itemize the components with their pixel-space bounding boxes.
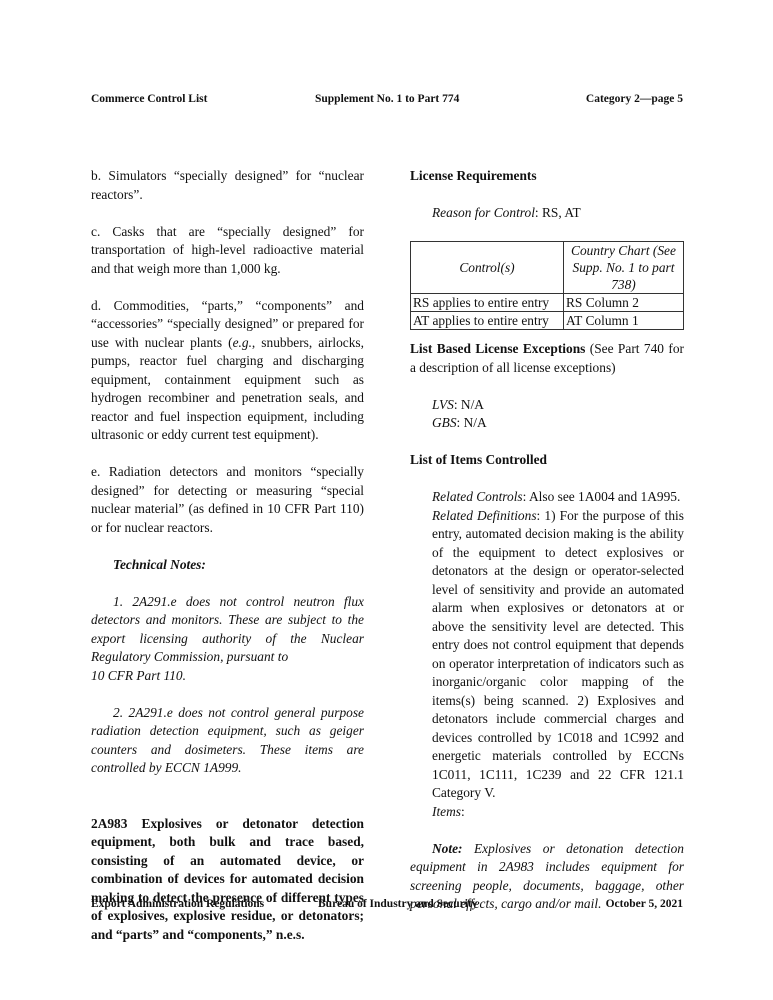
- table-header-row: Control(s) Country Chart (See Supp. No. …: [411, 242, 684, 294]
- items-controlled-title: List of Items Controlled: [410, 451, 684, 470]
- footer-left: Export Administration Regulations: [91, 898, 264, 910]
- items-line: Items:: [410, 803, 684, 822]
- table-row: AT applies to entire entry AT Column 1: [411, 312, 684, 330]
- header-center: Supplement No. 1 to Part 774: [315, 93, 459, 105]
- item-c: c. Casks that are “specially designed” f…: [91, 223, 364, 279]
- gbs-line: GBS: N/A: [410, 414, 684, 433]
- table-header-country-chart: Country Chart (See Supp. No. 1 to part 7…: [564, 242, 684, 294]
- header-left: Commerce Control List: [91, 93, 207, 105]
- left-column: b. Simulators “specially designed” for “…: [91, 167, 364, 944]
- reason-for-control: Reason for Control: RS, AT: [410, 204, 684, 223]
- item-d: d. Commodities, “parts,” “components” an…: [91, 297, 364, 445]
- eccn-2a983-heading: 2A983 Explosives or detonator detection …: [91, 815, 364, 945]
- related-definitions: Related Definitions: 1) For the purpose …: [410, 507, 684, 803]
- footer-center: Bureau of Industry and Security: [318, 898, 478, 910]
- lvs-line: LVS: N/A: [410, 396, 684, 415]
- technical-note-2: 2. 2A291.e does not control general purp…: [91, 704, 364, 778]
- license-requirements-title: License Requirements: [410, 167, 684, 186]
- technical-notes-title: Technical Notes:: [91, 556, 364, 575]
- item-b: b. Simulators “specially designed” for “…: [91, 167, 364, 204]
- right-column: License Requirements Reason for Control:…: [410, 167, 684, 914]
- license-table: Control(s) Country Chart (See Supp. No. …: [410, 241, 684, 330]
- table-header-controls: Control(s): [411, 242, 564, 294]
- header-right: Category 2—page 5: [586, 93, 683, 105]
- footer-right: October 5, 2021: [606, 898, 683, 910]
- item-e: e. Radiation detectors and monitors “spe…: [91, 463, 364, 537]
- technical-note-1: 1. 2A291.e does not control neutron flux…: [91, 593, 364, 667]
- technical-note-1-cont: 10 CFR Part 110.: [91, 667, 364, 686]
- table-row: RS applies to entire entry RS Column 2: [411, 294, 684, 312]
- lble-section: List Based License Exceptions (See Part …: [410, 340, 684, 377]
- related-controls: Related Controls: Also see 1A004 and 1A9…: [410, 488, 684, 507]
